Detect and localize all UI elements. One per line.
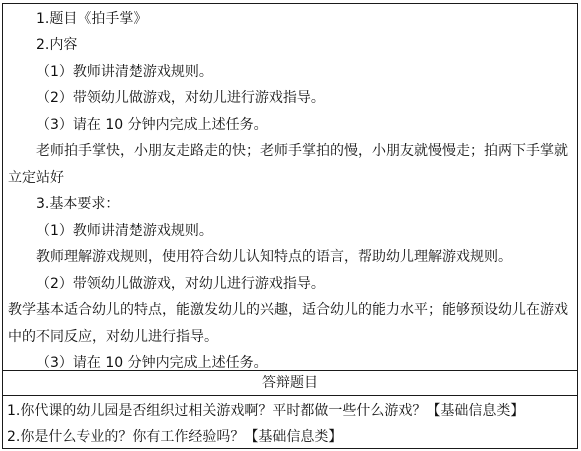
requirement-item-2: （2）带领幼儿做游戏，对幼儿进行游戏指导。 — [36, 275, 325, 293]
content-heading: 2.内容 — [36, 36, 77, 54]
defense-questions-cell: 1.你代课的幼儿园是否组织过相关游戏啊？平时都做一些什么游戏？【基础信息类】 2… — [3, 396, 577, 448]
game-description-line-1: 老师拍手掌快，小朋友走路走的快；老师手掌拍的慢，小朋友就慢慢走；拍两下手掌就 — [36, 142, 568, 160]
requirements-heading: 3.基本要求： — [36, 195, 119, 213]
requirement-2-detail-line-1: 教学基本适合幼儿的特点，能激发幼儿的兴趣，适合幼儿的能力水平；能够预设幼儿在游戏 — [8, 301, 568, 319]
requirement-item-1: （1）教师讲清楚游戏规则。 — [36, 222, 213, 240]
game-description-line-2: 立定站好 — [8, 169, 64, 187]
defense-question-1: 1.你代课的幼儿园是否组织过相关游戏啊？平时都做一些什么游戏？【基础信息类】 — [7, 402, 524, 420]
document-table: 1.题目《拍手掌》 2.内容 （1）教师讲清楚游戏规则。 （2）带领幼儿做游戏，… — [2, 3, 578, 449]
defense-questions-header: 答辩题目 — [3, 370, 577, 396]
defense-question-2: 2.你是什么专业的？你有工作经验吗？【基础信息类】 — [7, 428, 342, 446]
task-content-cell: 1.题目《拍手掌》 2.内容 （1）教师讲清楚游戏规则。 （2）带领幼儿做游戏，… — [3, 4, 577, 370]
content-item-2: （2）带领幼儿做游戏，对幼儿进行游戏指导。 — [36, 89, 325, 107]
title-line: 1.题目《拍手掌》 — [36, 10, 147, 28]
content-item-1: （1）教师讲清楚游戏规则。 — [36, 63, 213, 81]
requirement-2-detail-line-2: 中的不同反应，对幼儿进行指导。 — [8, 328, 218, 346]
requirement-1-detail: 教师理解游戏规则，使用符合幼儿认知特点的语言，帮助幼儿理解游戏规则。 — [36, 248, 512, 266]
content-item-3: （3）请在 10 分钟内完成上述任务。 — [36, 116, 268, 134]
